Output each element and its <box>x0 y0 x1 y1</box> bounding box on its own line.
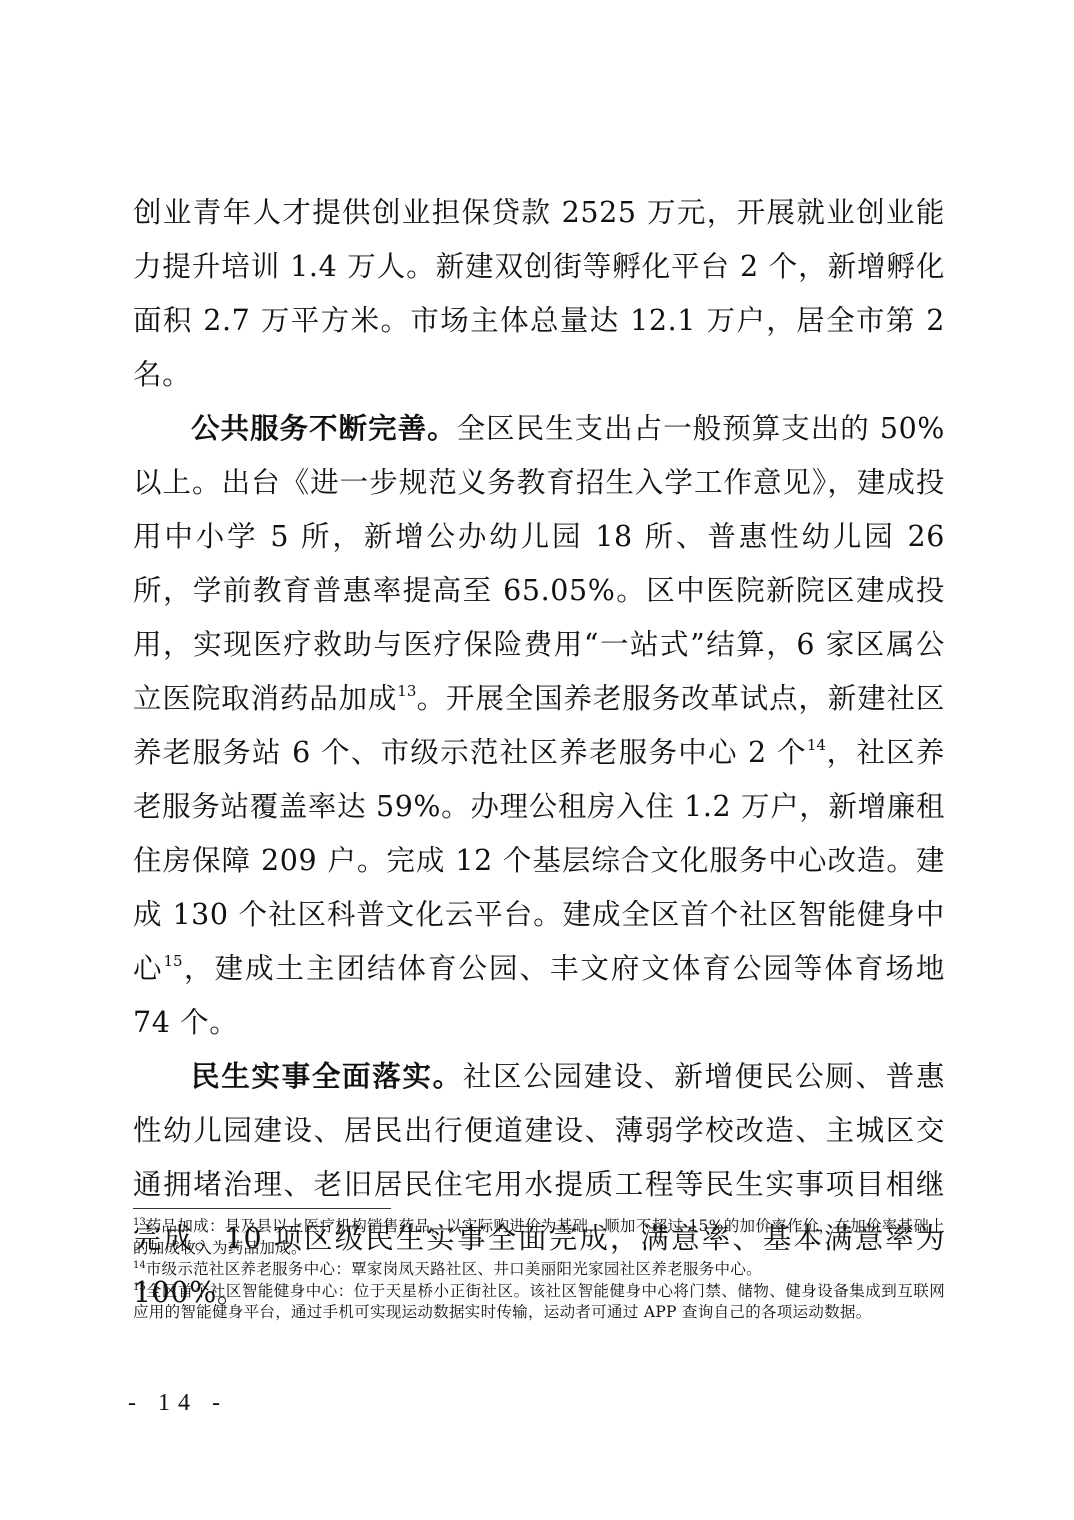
paragraph-public-services: 公共服务不断完善。全区民生支出占一般预算支出的 50%以上。出台《进一步规范义务… <box>133 402 945 1050</box>
footnote-ref-15[interactable]: 15 <box>164 952 183 970</box>
footnote-ref-13[interactable]: 13 <box>397 682 416 700</box>
footnotes: 13药品加成：县及县以上医疗机构销售药品，以实际购进价为基础，顺加不超过 15%… <box>133 1216 945 1324</box>
paragraph-employment: 创业青年人才提供创业担保贷款 2525 万元，开展就业创业能力提升培训 1.4 … <box>133 186 945 402</box>
paragraph-heading: 民生实事全面落实。 <box>191 1060 463 1093</box>
page-number: - 14 - <box>128 1390 228 1417</box>
footnote-text: 全区首个社区智能健身中心：位于天星桥小正街社区。该社区智能健身中心将门禁、储物、… <box>133 1282 945 1322</box>
footnote-text: 市级示范社区养老服务中心：覃家岗凤天路社区、井口美丽阳光家园社区养老服务中心。 <box>146 1260 762 1278</box>
footnote-ref-14[interactable]: 14 <box>807 736 826 754</box>
paragraph-text: 创业青年人才提供创业担保贷款 2525 万元，开展就业创业能力提升培训 1.4 … <box>133 196 945 391</box>
document-page: 创业青年人才提供创业担保贷款 2525 万元，开展就业创业能力提升培训 1.4 … <box>0 0 1074 1520</box>
paragraph-text: ，社区养老服务站覆盖率达 59%。办理公租房入住 1.2 万户，新增廉租住房保障… <box>133 736 945 985</box>
footnote-divider <box>133 1208 391 1209</box>
footnote-14: 14市级示范社区养老服务中心：覃家岗凤天路社区、井口美丽阳光家园社区养老服务中心… <box>133 1259 945 1281</box>
paragraph-heading: 公共服务不断完善。 <box>191 412 457 445</box>
footnote-number: 14 <box>133 1260 146 1271</box>
footnote-number: 13 <box>133 1217 146 1228</box>
paragraph-text: 全区民生支出占一般预算支出的 50%以上。出台《进一步规范义务教育招生入学工作意… <box>133 412 945 715</box>
paragraph-text: ，建成土主团结体育公园、丰文府文体育公园等体育场地 74 个。 <box>133 952 945 1039</box>
body-text: 创业青年人才提供创业担保贷款 2525 万元，开展就业创业能力提升培训 1.4 … <box>133 186 945 1320</box>
footnote-15: 15全区首个社区智能健身中心：位于天星桥小正街社区。该社区智能健身中心将门禁、储… <box>133 1281 945 1324</box>
footnote-number: 15 <box>133 1281 146 1292</box>
footnote-text: 药品加成：县及县以上医疗机构销售药品，以实际购进价为基础，顺加不超过 15%的加… <box>133 1217 945 1257</box>
footnote-13: 13药品加成：县及县以上医疗机构销售药品，以实际购进价为基础，顺加不超过 15%… <box>133 1216 945 1259</box>
